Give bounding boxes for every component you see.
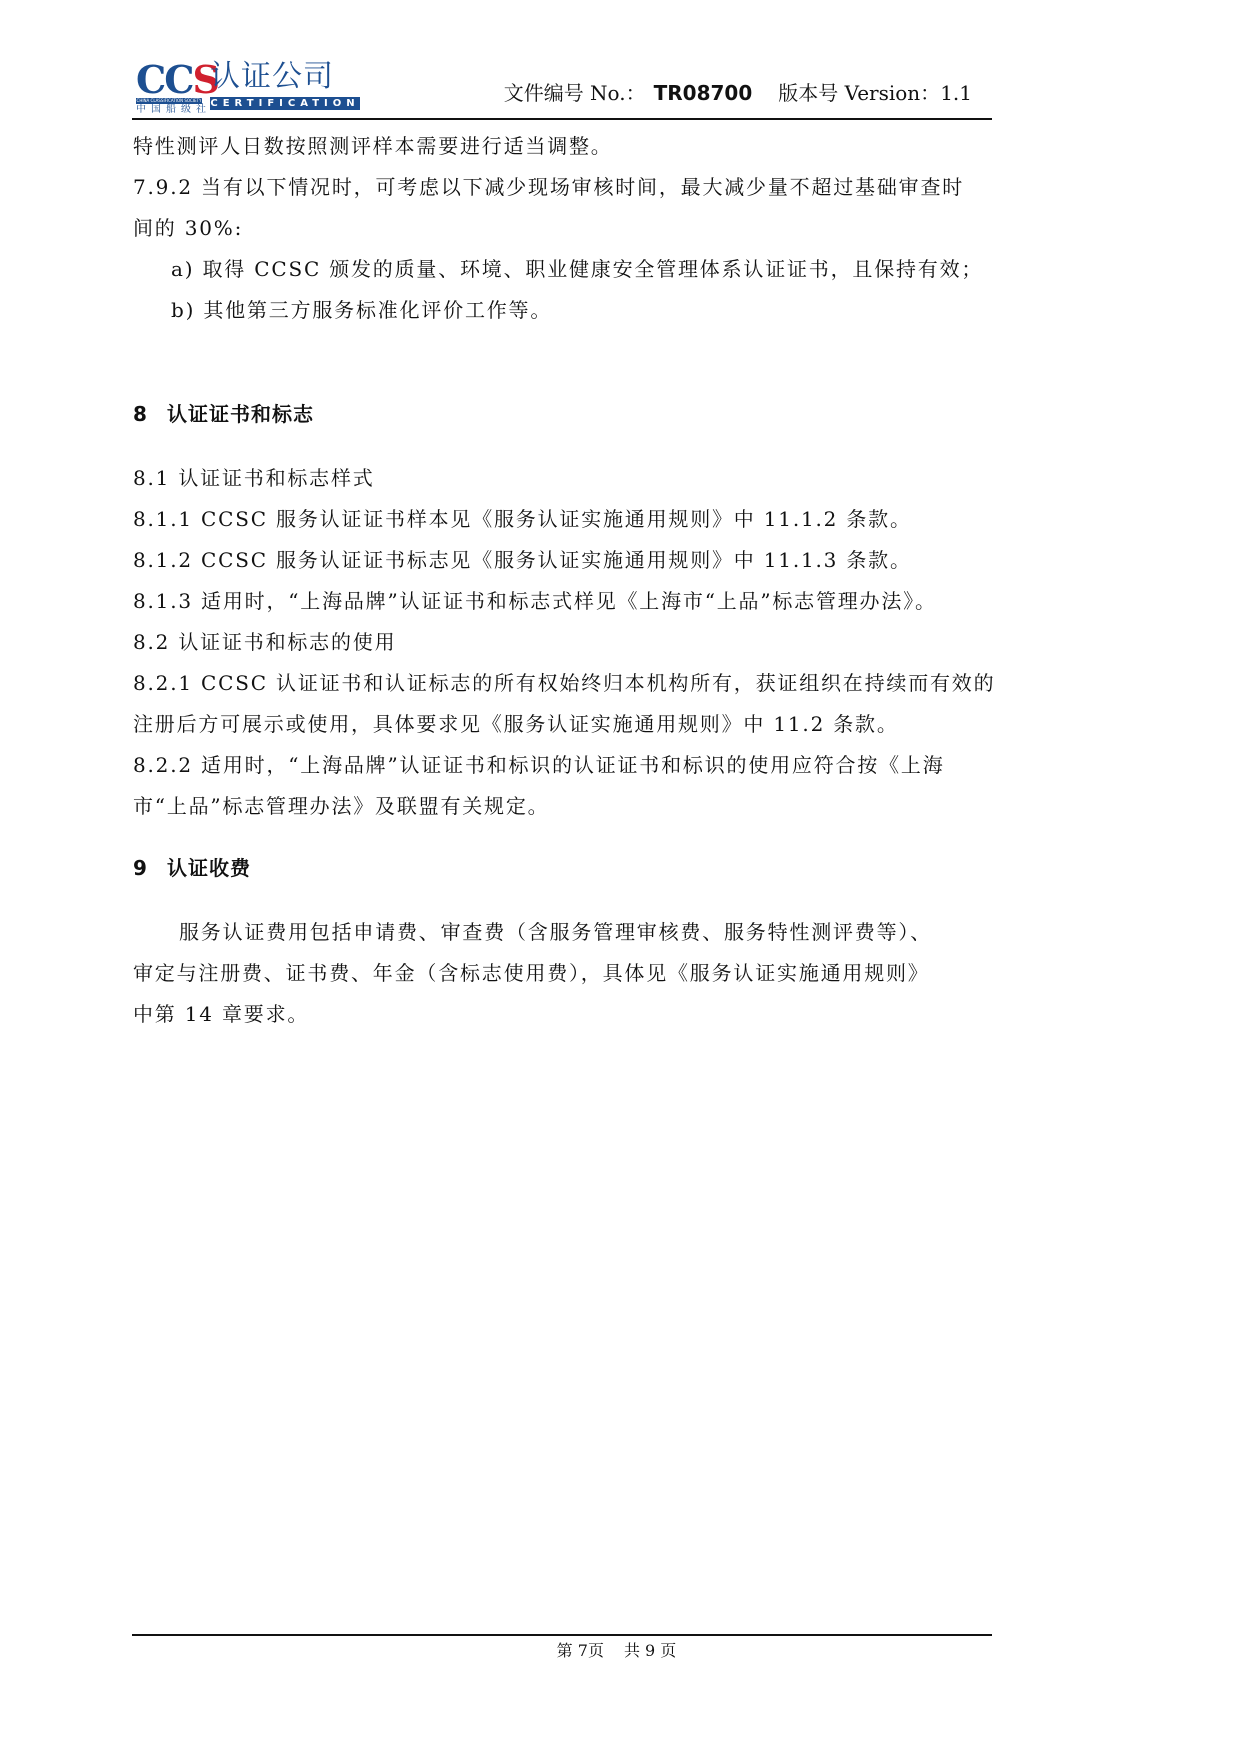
clause-8-1-1: 8.1.1 CCSC 服务认证证书样本见《服务认证实施通用规则》中 11.1.2… bbox=[133, 505, 912, 533]
subsection-8-1: 8.1 认证证书和标志样式 bbox=[133, 464, 375, 492]
paragraph-line: 特性测评人日数按照测评样本需要进行适当调整。 bbox=[133, 132, 613, 160]
section-title: 认证收费 bbox=[167, 856, 251, 880]
page-total: 共 9 页 bbox=[624, 1641, 676, 1660]
clause-8-2-2-cont: 市“上品”标志管理办法》及联盟有关规定。 bbox=[133, 792, 549, 820]
society-cn-label: 中国船级社 bbox=[136, 104, 211, 116]
page-footer: 第 7页共 9 页 bbox=[0, 1640, 1233, 1662]
certification-band: CERTIFICATION bbox=[210, 97, 360, 110]
header-divider bbox=[132, 118, 992, 120]
version-number: 1.1 bbox=[940, 81, 972, 105]
section-9-heading: 9认证收费 bbox=[133, 854, 251, 882]
ccs-logo-mark: CCS bbox=[136, 60, 218, 100]
ccs-certification-logo: CCS CHINA CLASSIFICATION SOCIETY 中国船级社 认… bbox=[132, 58, 362, 120]
footer-divider bbox=[132, 1634, 992, 1636]
section-title: 认证证书和标志 bbox=[167, 402, 314, 426]
company-cn-label: 认证公司 bbox=[210, 60, 334, 94]
page-current: 第 7页 bbox=[557, 1641, 604, 1660]
clause-8-1-3: 8.1.3 适用时，“上海品牌”认证证书和标志式样见《上海市“上品”标志管理办法… bbox=[133, 587, 937, 615]
fees-paragraph-end: 中第 14 章要求。 bbox=[133, 1000, 309, 1028]
section-number: 8 bbox=[133, 400, 167, 428]
doc-number: TR08700 bbox=[654, 81, 753, 105]
section-number: 9 bbox=[133, 854, 167, 882]
fees-paragraph: 服务认证费用包括申请费、审查费（含服务管理审核费、服务特性测评费等）、 bbox=[179, 918, 932, 946]
version-label: 版本号 Version： bbox=[778, 81, 940, 105]
section-8-heading: 8认证证书和标志 bbox=[133, 400, 314, 428]
clause-8-2-1: 8.2.1 CCSC 认证证书和认证标志的所有权始终归本机构所有，获证组织在持续… bbox=[133, 669, 995, 697]
page-header: CCS CHINA CLASSIFICATION SOCIETY 中国船级社 认… bbox=[132, 58, 992, 120]
list-item-b: b) 其他第三方服务标准化评价工作等。 bbox=[171, 296, 552, 324]
clause-8-2-2: 8.2.2 适用时，“上海品牌”认证证书和标识的认证证书和标识的使用应符合按《上… bbox=[133, 751, 945, 779]
subsection-8-2: 8.2 认证证书和标志的使用 bbox=[133, 628, 396, 656]
paragraph-7-9-2: 7.9.2 当有以下情况时，可考虑以下减少现场审核时间，最大减少量不超过基础审查… bbox=[133, 173, 964, 201]
paragraph-line: 间的 30%: bbox=[133, 214, 243, 242]
doc-number-label: 文件编号 No.： bbox=[504, 81, 646, 105]
fees-paragraph-cont: 审定与注册费、证书费、年金（含标志使用费），具体见《服务认证实施通用规则》 bbox=[133, 959, 930, 987]
clause-8-1-2: 8.1.2 CCSC 服务认证证书标志见《服务认证实施通用规则》中 11.1.3… bbox=[133, 546, 912, 574]
clause-8-2-1-cont: 注册后方可展示或使用，具体要求见《服务认证实施通用规则》中 11.2 条款。 bbox=[133, 710, 899, 738]
list-item-a: a) 取得 CCSC 颁发的质量、环境、职业健康安全管理体系认证证书，且保持有效… bbox=[171, 255, 983, 283]
document-meta: 文件编号 No.：TR08700版本号 Version：1.1 bbox=[504, 80, 972, 106]
